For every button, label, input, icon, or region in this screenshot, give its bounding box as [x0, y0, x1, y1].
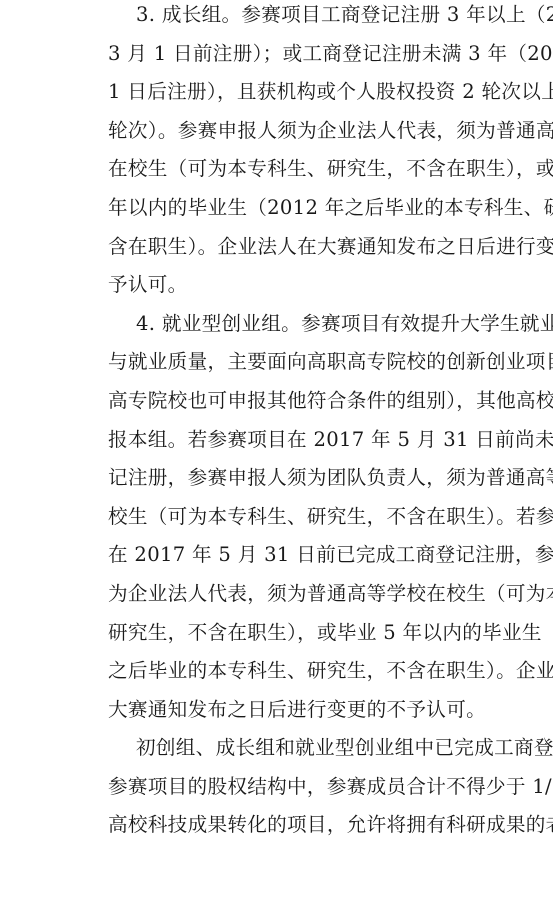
document-page: 3. 成长组。参赛项目工商登记注册 3 年以上（2014 年 3 月 1 日前注… — [80, 0, 473, 845]
text-line: 4. 就业型创业组。参赛项目有效提升大学生就业数量 — [80, 305, 473, 344]
text-line: 在校生（可为本专科生、研究生，不含在职生），或毕业 5 — [80, 150, 473, 189]
text-line: 之后毕业的本专科生、研究生，不含在职生）。企业法人在 — [80, 652, 473, 691]
text-line: 高校科技成果转化的项目，允许将拥有科研成果的老师的股 — [80, 806, 473, 845]
text-line: 含在职生）。企业法人在大赛通知发布之日后进行变更的不 — [80, 228, 473, 267]
text-line: 为企业法人代表，须为普通高等学校在校生（可为本专科生、 — [80, 575, 473, 614]
text-line: 参赛项目的股权结构中，参赛成员合计不得少于 1/3。对于 — [80, 768, 473, 807]
text-line: 3. 成长组。参赛项目工商登记注册 3 年以上（2014 年 — [80, 0, 473, 35]
text-line: 研究生，不含在职生），或毕业 5 年以内的毕业生（2012 年 — [80, 614, 473, 653]
text-line: 予认可。 — [80, 266, 473, 305]
text-line: 1 日后注册），且获机构或个人股权投资 2 轮次以上（含 2 — [80, 73, 473, 112]
text-line: 记注册，参赛申报人须为团队负责人，须为普通高等学校在 — [80, 459, 473, 498]
paragraph-equity-structure: 初创组、成长组和就业型创业组中已完成工商登记注册 参赛项目的股权结构中，参赛成员… — [80, 729, 473, 845]
paragraph-employment-group: 4. 就业型创业组。参赛项目有效提升大学生就业数量 与就业质量，主要面向高职高专… — [80, 305, 473, 730]
text-line: 年以内的毕业生（2012 年之后毕业的本专科生、研究生，不 — [80, 189, 473, 228]
text-line: 3 月 1 日前注册）；或工商登记注册未满 3 年（2014 年 3 月 — [80, 35, 473, 74]
text-line: 轮次）。参赛申报人须为企业法人代表，须为普通高等学校 — [80, 112, 473, 151]
paragraph-growth-group: 3. 成长组。参赛项目工商登记注册 3 年以上（2014 年 3 月 1 日前注… — [80, 0, 473, 305]
text-line: 报本组。若参赛项目在 2017 年 5 月 31 日前尚未完成工商登 — [80, 421, 473, 460]
text-line: 在 2017 年 5 月 31 日前已完成工商登记注册，参赛申报人须 — [80, 536, 473, 575]
text-line: 初创组、成长组和就业型创业组中已完成工商登记注册 — [80, 729, 473, 768]
text-line: 校生（可为本专科生、研究生，不含在职生）。若参赛项目 — [80, 498, 473, 537]
text-line: 大赛通知发布之日后进行变更的不予认可。 — [80, 691, 473, 730]
text-line: 高专院校也可申报其他符合条件的组别），其他高校也可申 — [80, 382, 473, 421]
text-line: 与就业质量，主要面向高职高专院校的创新创业项目（高职 — [80, 343, 473, 382]
